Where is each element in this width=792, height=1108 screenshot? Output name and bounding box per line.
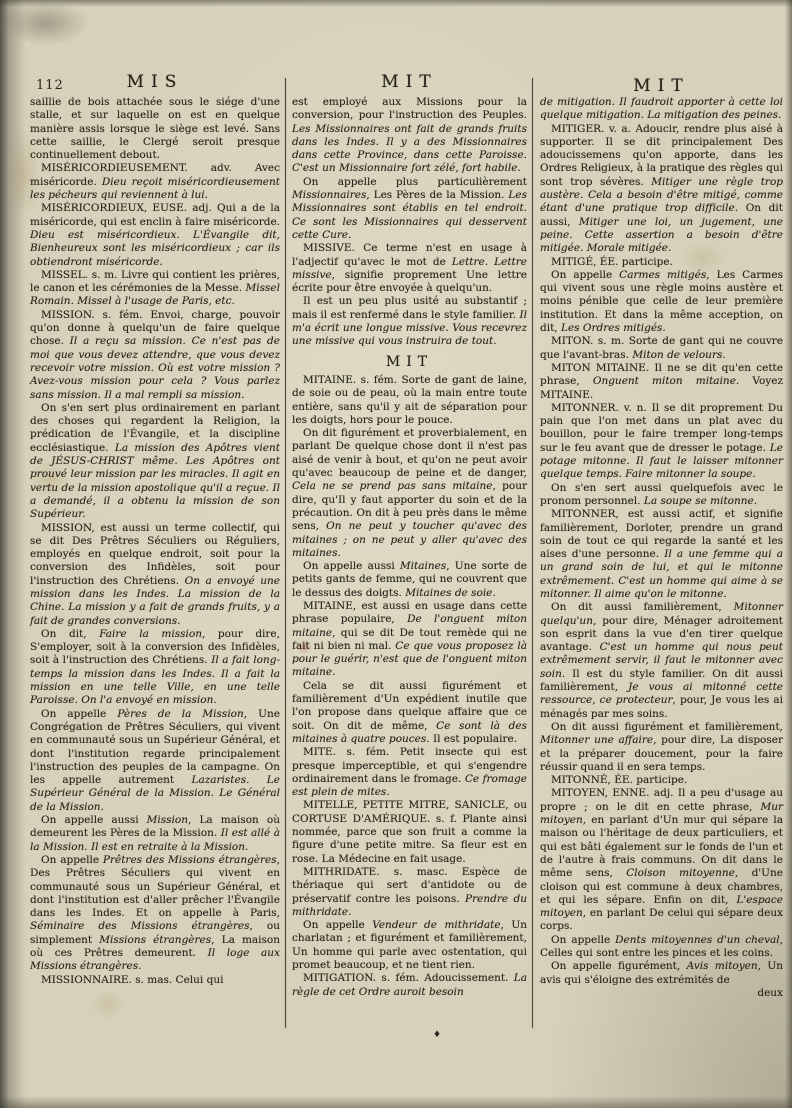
paragraph: On appelle Vendeur de mithridate, Un cha… — [292, 919, 527, 972]
paragraph: On s'en sert plus ordinairement en parla… — [30, 402, 280, 522]
paragraph: MITIGÉ, ÉE. participe. — [540, 256, 783, 269]
paragraph: MISSIVE. Ce terme n'est en usage à l'adj… — [292, 242, 527, 295]
paragraph: On appelle Prêtres des Missions étrangèr… — [30, 854, 280, 974]
text-column-3: de mitigation. Il faudroit apporter à ce… — [540, 96, 783, 1000]
paragraph: MITONNER. v. n. Il se dit proprement Du … — [540, 402, 783, 482]
paragraph: On appelle aussi Mitaines, Une sorte de … — [292, 560, 527, 600]
paragraph: On appelle figurément, Avis mitoyen, Un … — [540, 960, 783, 987]
text-column-1: saillie de bois attachée sous le siége d… — [30, 96, 280, 987]
paragraph: On dit figurément et proverbialement, en… — [292, 427, 527, 560]
running-head-mit-right: MIT — [540, 76, 783, 96]
section-heading: MIT — [292, 356, 527, 369]
paragraph: MISSION, est aussi un terme collectif, q… — [30, 522, 280, 628]
paragraph: MISÉRICORDIEUX, EUSE. adj. Qui a de la m… — [30, 202, 280, 268]
column-divider — [532, 78, 533, 1028]
paragraph: On dit aussi familièrement, Mitonner que… — [540, 601, 783, 721]
paragraph: MISSEL. s. m. Livre qui contient les pri… — [30, 269, 280, 309]
paragraph: de mitigation. Il faudroit apporter à ce… — [540, 96, 783, 123]
paragraph: On appelle plus particulièrement Mission… — [292, 176, 527, 242]
paragraph: saillie de bois attachée sous le siége d… — [30, 96, 280, 162]
paragraph: Il est un peu plus usité au substantif ;… — [292, 295, 527, 348]
paragraph: MITELLE, PETITE MITRE, SANICLE, ou CORTU… — [292, 799, 527, 865]
paragraph: MITIGATION. s. fém. Adoucissement. La rè… — [292, 972, 527, 999]
paragraph: Cela se dit aussi figurément et familièr… — [292, 680, 527, 746]
paragraph: MITE. s. fém. Petit insecte qui est pres… — [292, 746, 527, 799]
paragraph: MISSION. s. fém. Envoi, charge, pouvoir … — [30, 309, 280, 402]
paper-stain — [0, 0, 90, 46]
paper-stain — [90, 990, 126, 1020]
printer-ornament: ♦ — [433, 1030, 441, 1040]
paragraph: MITON MITAINE. Il ne se dit qu'en cette … — [540, 362, 783, 402]
paragraph: On appelle Pères de la Mission, Une Cong… — [30, 708, 280, 814]
text-column-2: est employé aux Missions pour la convers… — [292, 96, 527, 999]
paragraph: On dit, Faire la mission, pour dire, S'e… — [30, 628, 280, 708]
paragraph: MITAINE. s. fém. Sorte de gant de laine,… — [292, 374, 527, 427]
paragraph: On appelle Dents mitoyennes d'un cheval,… — [540, 934, 783, 961]
paragraph: MISSIONNAIRE. s. mas. Celui qui — [30, 974, 280, 987]
paragraph: MISÉRICORDIEUSEMENT. adv. Avec miséricor… — [30, 162, 280, 202]
paragraph: On s'en sert aussi quelquefois avec le p… — [540, 482, 783, 509]
paragraph: MITAINE, est aussi en usage dans cette p… — [292, 600, 527, 680]
paragraph: On appelle aussi Mission, La maison où d… — [30, 814, 280, 854]
paragraph: On dit aussi figurément et familièrement… — [540, 721, 783, 774]
catchword: deux — [540, 987, 783, 1000]
column-divider — [285, 78, 286, 1028]
paragraph: MITONNÉ, ÉE. participe. — [540, 774, 783, 787]
paragraph: MITONNER, est aussi actif, et signifie f… — [540, 508, 783, 601]
paragraph: MITHRIDATE. s. masc. Espèce de thériaque… — [292, 866, 527, 919]
running-head-mit-center: MIT — [292, 72, 527, 92]
paragraph: On appelle Carmes mitigés, Les Carmes qu… — [540, 269, 783, 335]
paragraph: MITIGER. v. a. Adoucir, rendre plus aisé… — [540, 123, 783, 256]
paragraph: MITON. s. m. Sorte de gant qui ne couvre… — [540, 335, 783, 362]
paragraph: MITOYEN, ENNE. adj. Il a peu d'usage au … — [540, 787, 783, 933]
running-head-mis: MIS — [30, 72, 280, 92]
paragraph: est employé aux Missions pour la convers… — [292, 96, 527, 176]
scanned-dictionary-page: 112 MIS MIT MIT saillie de bois attachée… — [0, 0, 792, 1108]
